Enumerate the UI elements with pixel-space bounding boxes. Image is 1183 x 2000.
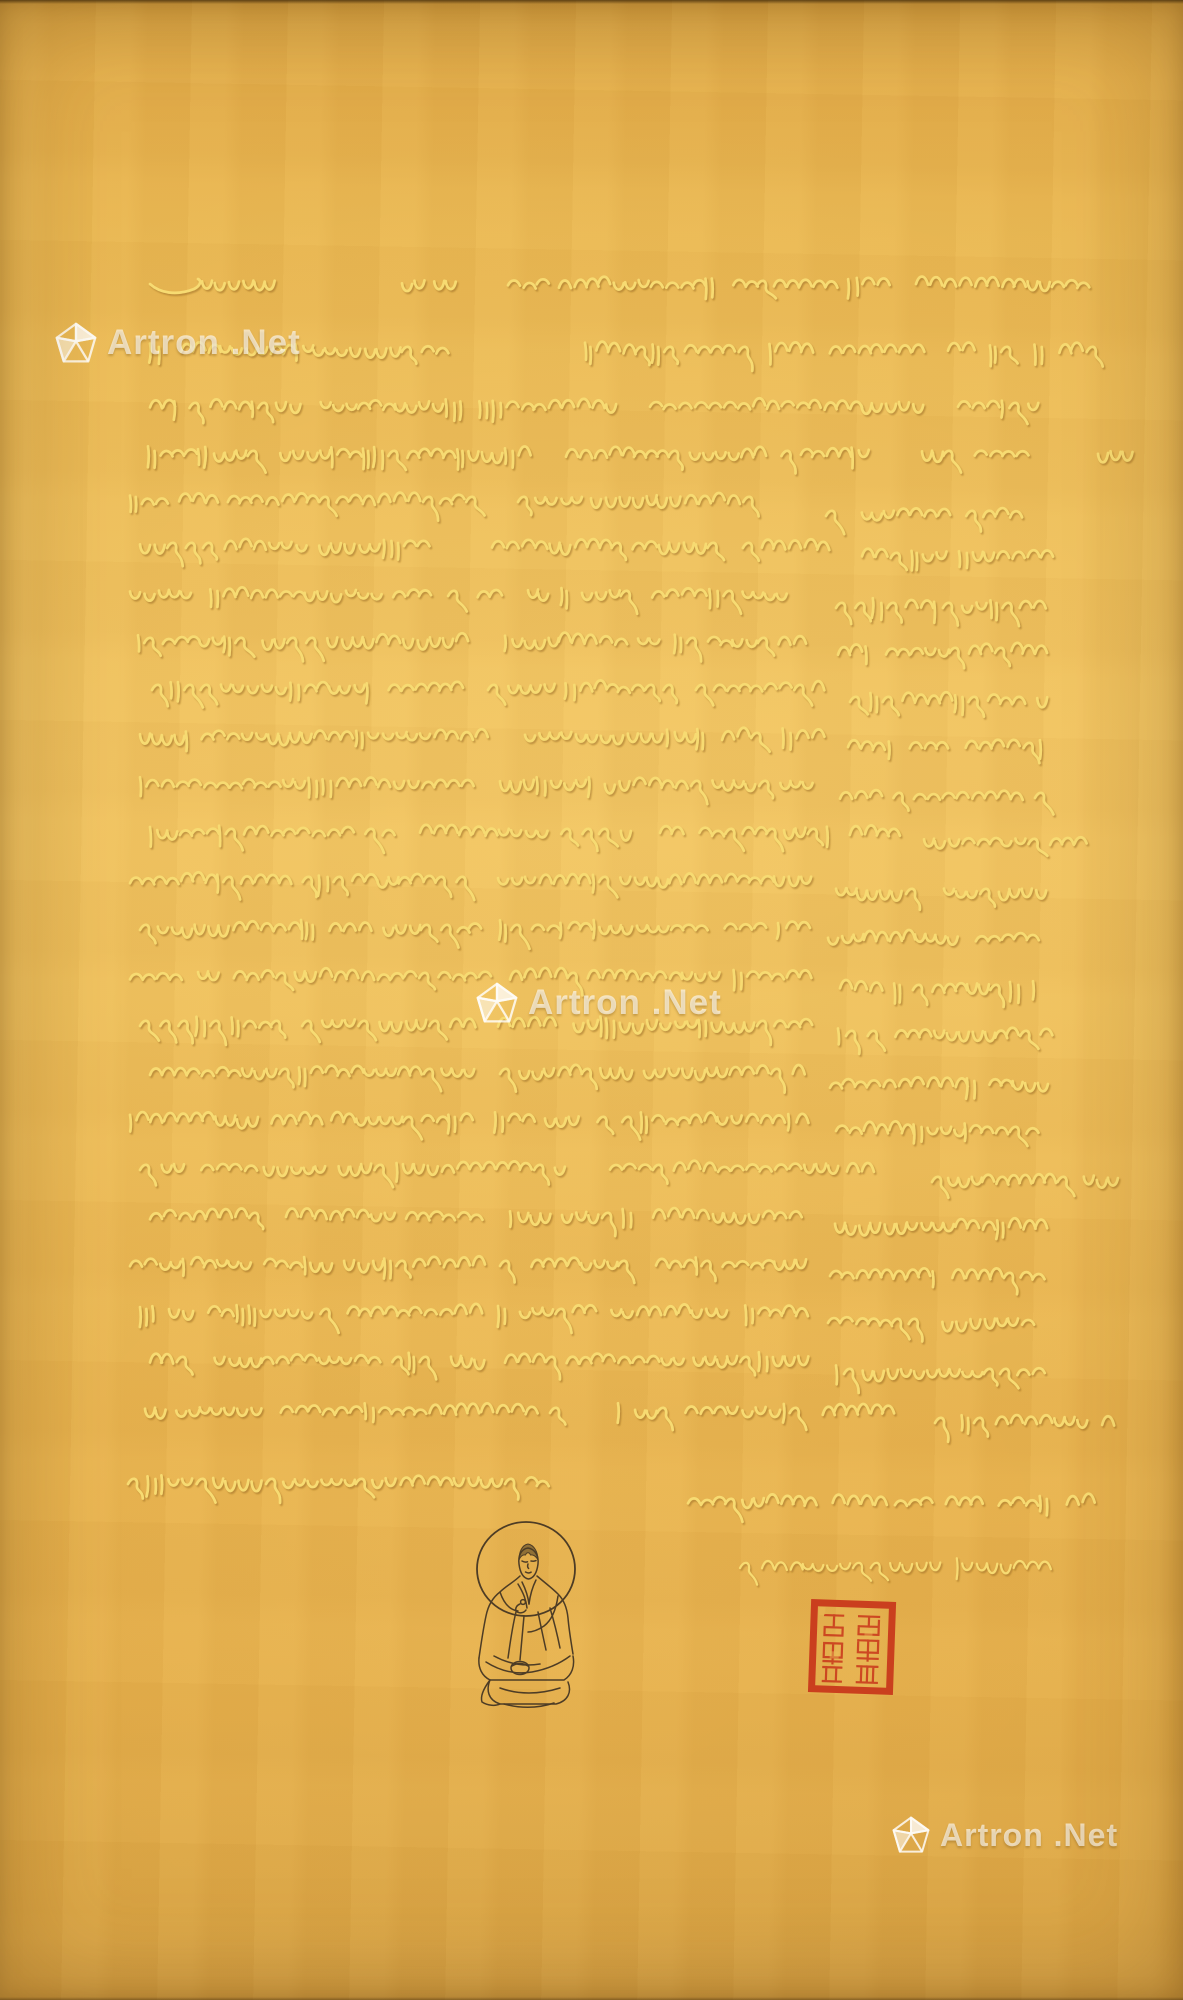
gold-silk-manuscript: Artron .Net Artron .Net Artron .Net [0,0,1183,2000]
top-edge-shadow [0,0,1183,4]
photo-vignette [0,0,1183,2000]
